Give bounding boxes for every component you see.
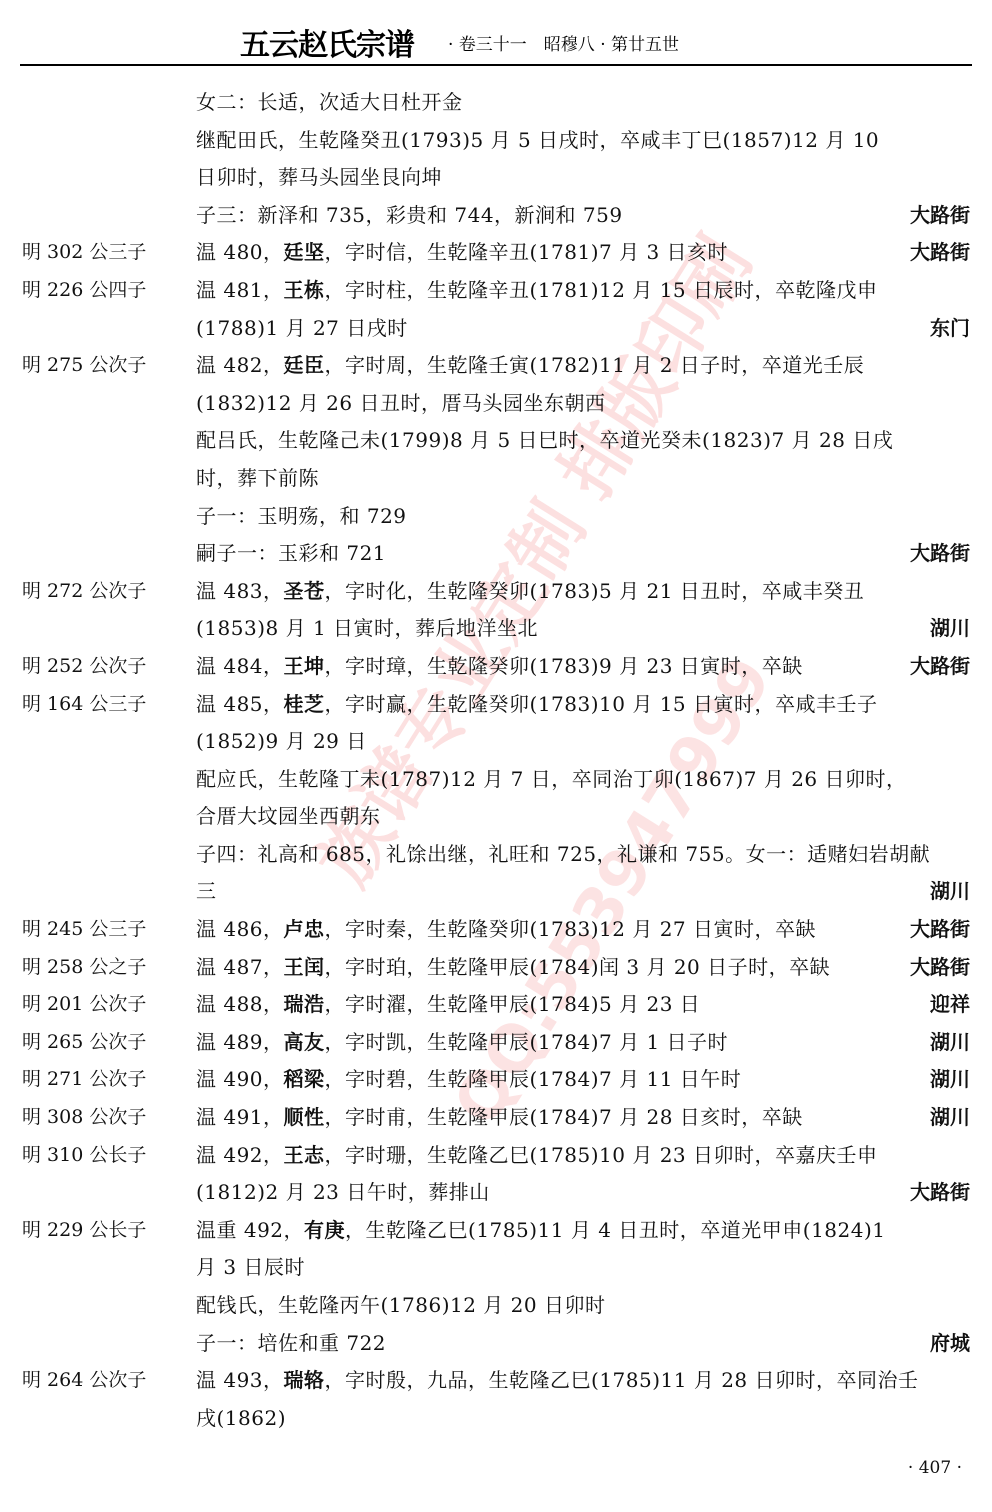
parent-reference: 明 302 公三子: [22, 234, 146, 272]
genealogy-line: 月 3 日辰时: [0, 1249, 992, 1287]
entry-details: 子三：新泽和 735，彩贵和 744，新涧和 759: [196, 203, 623, 227]
person-name: 王栋: [284, 278, 325, 302]
entry-details: ，字时珀，生乾隆甲辰(1784)闰 3 月 20 日子时，卒缺: [325, 955, 831, 979]
generation-number: 温 483，: [196, 579, 284, 603]
generation-number: 温 480，: [196, 240, 284, 264]
entry-details: 三: [196, 879, 217, 903]
parent-reference: 明 164 公三子: [22, 686, 146, 724]
genealogy-line: (1853)8 月 1 日寅时，葬后地洋坐北湖川: [0, 610, 992, 648]
entry-text: 日卯时，葬马头园坐艮向坤: [196, 159, 442, 197]
residence-place: 湖川: [930, 1099, 970, 1137]
parent-reference: 明 229 公长子: [22, 1212, 146, 1250]
entry-details: 配应氏，生乾隆丁未(1787)12 月 7 日，卒同治丁卯(1867)7 月 2…: [196, 767, 907, 791]
entry-text: 温 488，瑞浩，字时濯，生乾隆甲辰(1784)5 月 23 日: [196, 986, 700, 1024]
entry-text: 温 486，卢忠，字时秦，生乾隆癸卯(1783)12 月 27 日寅时，卒缺: [196, 911, 816, 949]
genealogy-line: 明 272 公次子温 483，圣苍，字时化，生乾隆癸卯(1783)5 月 21 …: [0, 573, 992, 611]
entry-text: 子四：礼高和 685，礼馀出继，礼旺和 725，礼谦和 755。女一：适赌妇岩胡…: [196, 836, 930, 874]
entry-details: 子四：礼高和 685，礼馀出继，礼旺和 725，礼谦和 755。女一：适赌妇岩胡…: [196, 842, 930, 866]
entry-text: 配钱氏，生乾隆丙午(1786)12 月 20 日卯时: [196, 1287, 605, 1325]
person-name: 桂芝: [284, 692, 325, 716]
genealogy-line: 配吕氏，生乾隆己未(1799)8 月 5 日巳时，卒道光癸未(1823)7 月 …: [0, 422, 992, 460]
parent-reference: 明 245 公三子: [22, 911, 146, 949]
residence-place: 迎祥: [930, 986, 970, 1024]
genealogy-line: 明 258 公之子温 487，王闰，字时珀，生乾隆甲辰(1784)闰 3 月 2…: [0, 949, 992, 987]
header-divider: [20, 64, 972, 66]
entry-text: 温 492，王志，字时珊，生乾隆乙巳(1785)10 月 23 日卯时，卒嘉庆壬…: [196, 1137, 878, 1175]
genealogy-line: (1788)1 月 27 日戌时东门: [0, 310, 992, 348]
parent-reference: 明 310 公长子: [22, 1137, 146, 1175]
genealogy-line: 明 201 公次子温 488，瑞浩，字时濯，生乾隆甲辰(1784)5 月 23 …: [0, 986, 992, 1024]
parent-reference: 明 265 公次子: [22, 1024, 146, 1062]
generation-number: 温 486，: [196, 917, 284, 941]
entry-text: (1788)1 月 27 日戌时: [196, 310, 408, 348]
entry-text: (1853)8 月 1 日寅时，葬后地洋坐北: [196, 610, 538, 648]
entry-details: ，字时碧，生乾隆甲辰(1784)7 月 11 日午时: [325, 1067, 742, 1091]
entry-details: ，字时化，生乾隆癸卯(1783)5 月 21 日丑时，卒咸丰癸丑: [325, 579, 865, 603]
entry-details: 月 3 日辰时: [196, 1255, 305, 1279]
parent-reference: 明 275 公次子: [22, 347, 146, 385]
entry-details: ，字时甫，生乾隆甲辰(1784)7 月 28 日亥时，卒缺: [325, 1105, 803, 1129]
residence-place: 大路街: [910, 535, 970, 573]
genealogy-line: 明 164 公三子温 485，桂芝，字时赢，生乾隆癸卯(1783)10 月 15…: [0, 686, 992, 724]
entry-details: 时，葬下前陈: [196, 466, 319, 490]
entry-details: 配钱氏，生乾隆丙午(1786)12 月 20 日卯时: [196, 1293, 605, 1317]
entry-details: ，字时赢，生乾隆癸卯(1783)10 月 15 日寅时，卒咸丰壬子: [325, 692, 878, 716]
entry-details: 子一：玉明殇，和 729: [196, 504, 407, 528]
parent-reference: 明 252 公次子: [22, 648, 146, 686]
residence-place: 大路街: [910, 648, 970, 686]
genealogy-entries: 女二：长适，次适大日杜开金继配田氏，生乾隆癸丑(1793)5 月 5 日戌时，卒…: [0, 84, 992, 1437]
generation-number: 温 492，: [196, 1143, 284, 1167]
generation-number: 温 485，: [196, 692, 284, 716]
generation-number: 温 487，: [196, 955, 284, 979]
residence-place: 湖川: [930, 1024, 970, 1062]
entry-text: 温 487，王闰，字时珀，生乾隆甲辰(1784)闰 3 月 20 日子时，卒缺: [196, 949, 830, 987]
genealogy-line: 明 302 公三子温 480，廷坚，字时信，生乾隆辛丑(1781)7 月 3 日…: [0, 234, 992, 272]
person-name: 圣苍: [284, 579, 325, 603]
person-name: 高友: [284, 1030, 325, 1054]
person-name: 顺性: [284, 1105, 325, 1129]
genealogy-line: (1832)12 月 26 日丑时，厝马头园坐东朝西: [0, 385, 992, 423]
genealogy-line: 明 308 公次子温 491，顺性，字时甫，生乾隆甲辰(1784)7 月 28 …: [0, 1099, 992, 1137]
person-name: 廷坚: [284, 240, 325, 264]
entry-text: 时，葬下前陈: [196, 460, 319, 498]
parent-reference: 明 226 公四子: [22, 272, 146, 310]
person-name: 瑞辂: [284, 1368, 325, 1392]
generation-number: 温 484，: [196, 654, 284, 678]
residence-place: 湖川: [930, 1061, 970, 1099]
entry-text: 配吕氏，生乾隆己未(1799)8 月 5 日巳时，卒道光癸未(1823)7 月 …: [196, 422, 893, 460]
genealogy-line: 继配田氏，生乾隆癸丑(1793)5 月 5 日戌时，卒咸丰丁巳(1857)12 …: [0, 122, 992, 160]
parent-reference: 明 201 公次子: [22, 986, 146, 1024]
entry-text: 温 482，廷臣，字时周，生乾隆壬寅(1782)11 月 2 日子时，卒道光壬辰: [196, 347, 864, 385]
genealogy-line: 明 265 公次子温 489，高友，字时凯，生乾隆甲辰(1784)7 月 1 日…: [0, 1024, 992, 1062]
genealogy-line: 配钱氏，生乾隆丙午(1786)12 月 20 日卯时: [0, 1287, 992, 1325]
parent-reference: 明 308 公次子: [22, 1099, 146, 1137]
genealogy-line: 明 226 公四子温 481，王栋，字时柱，生乾隆辛丑(1781)12 月 15…: [0, 272, 992, 310]
entry-text: 配应氏，生乾隆丁未(1787)12 月 7 日，卒同治丁卯(1867)7 月 2…: [196, 761, 907, 799]
residence-place: 东门: [930, 310, 970, 348]
entry-details: ，字时信，生乾隆辛丑(1781)7 月 3 日亥时: [325, 240, 729, 264]
entry-text: 女二：长适，次适大日杜开金: [196, 84, 463, 122]
entry-details: 戌(1862): [196, 1406, 286, 1430]
entry-text: 温 480，廷坚，字时信，生乾隆辛丑(1781)7 月 3 日亥时: [196, 234, 728, 272]
page-number: · 407 ·: [908, 1458, 962, 1478]
entry-details: ，字时殷，九品，生乾隆乙巳(1785)11 月 28 日卯时，卒同治壬: [325, 1368, 919, 1392]
generation-number: 温 493，: [196, 1368, 284, 1392]
entry-details: 日卯时，葬马头园坐艮向坤: [196, 165, 442, 189]
residence-place: 大路街: [910, 949, 970, 987]
genealogy-line: 女二：长适，次适大日杜开金: [0, 84, 992, 122]
residence-place: 大路街: [910, 911, 970, 949]
genealogy-line: 时，葬下前陈: [0, 460, 992, 498]
entry-text: 温 483，圣苍，字时化，生乾隆癸卯(1783)5 月 21 日丑时，卒咸丰癸丑: [196, 573, 864, 611]
entry-details: 配吕氏，生乾隆己未(1799)8 月 5 日巳时，卒道光癸未(1823)7 月 …: [196, 428, 893, 452]
entry-details: 女二：长适，次适大日杜开金: [196, 90, 463, 114]
entry-details: (1832)12 月 26 日丑时，厝马头园坐东朝西: [196, 391, 605, 415]
entry-text: 月 3 日辰时: [196, 1249, 305, 1287]
entry-details: ，字时秦，生乾隆癸卯(1783)12 月 27 日寅时，卒缺: [325, 917, 816, 941]
generation-number: 温 488，: [196, 992, 284, 1016]
genealogy-line: 子三：新泽和 735，彩贵和 744，新涧和 759大路街: [0, 197, 992, 235]
parent-reference: 明 272 公次子: [22, 573, 146, 611]
entry-details: (1853)8 月 1 日寅时，葬后地洋坐北: [196, 616, 538, 640]
genealogy-line: 嗣子一：玉彩和 721大路街: [0, 535, 992, 573]
entry-text: (1852)9 月 29 日: [196, 723, 367, 761]
person-name: 廷臣: [284, 353, 325, 377]
person-name: 卢忠: [284, 917, 325, 941]
parent-reference: 明 264 公次子: [22, 1362, 146, 1400]
genealogy-line: 日卯时，葬马头园坐艮向坤: [0, 159, 992, 197]
entry-text: (1832)12 月 26 日丑时，厝马头园坐东朝西: [196, 385, 605, 423]
page-header: 五云赵氏宗谱 · 卷三十一 昭穆八 · 第廿五世: [0, 0, 992, 64]
entry-text: 子一：培佐和重 722: [196, 1325, 386, 1363]
genealogy-line: 配应氏，生乾隆丁未(1787)12 月 7 日，卒同治丁卯(1867)7 月 2…: [0, 761, 992, 799]
entry-text: 温重 492，有庚，生乾隆乙巳(1785)11 月 4 日丑时，卒道光甲申(18…: [196, 1212, 886, 1250]
entry-text: (1812)2 月 23 日午时，葬排山: [196, 1174, 490, 1212]
entry-details: 合厝大坟园坐西朝东: [196, 804, 381, 828]
entry-text: 嗣子一：玉彩和 721: [196, 535, 386, 573]
genealogy-line: 明 310 公长子温 492，王志，字时珊，生乾隆乙巳(1785)10 月 23…: [0, 1137, 992, 1175]
entry-details: ，字时柱，生乾隆辛丑(1781)12 月 15 日辰时，卒乾隆戊申: [325, 278, 878, 302]
residence-place: 府城: [930, 1325, 970, 1363]
person-name: 王坤: [284, 654, 325, 678]
genealogy-line: 明 264 公次子温 493，瑞辂，字时殷，九品，生乾隆乙巳(1785)11 月…: [0, 1362, 992, 1400]
entry-text: 温 481，王栋，字时柱，生乾隆辛丑(1781)12 月 15 日辰时，卒乾隆戊…: [196, 272, 878, 310]
genealogy-line: 明 252 公次子温 484，王坤，字时璋，生乾隆癸卯(1783)9 月 23 …: [0, 648, 992, 686]
genealogy-line: 子一：玉明殇，和 729: [0, 498, 992, 536]
entry-text: 温 491，顺性，字时甫，生乾隆甲辰(1784)7 月 28 日亥时，卒缺: [196, 1099, 803, 1137]
entry-details: ，字时璋，生乾隆癸卯(1783)9 月 23 日寅时，卒缺: [325, 654, 803, 678]
person-name: 王闰: [284, 955, 325, 979]
entry-details: (1788)1 月 27 日戌时: [196, 316, 408, 340]
genealogy-line: (1812)2 月 23 日午时，葬排山大路街: [0, 1174, 992, 1212]
generation-number: 温 481，: [196, 278, 284, 302]
genealogy-line: 明 245 公三子温 486，卢忠，字时秦，生乾隆癸卯(1783)12 月 27…: [0, 911, 992, 949]
entry-details: (1852)9 月 29 日: [196, 729, 367, 753]
genealogy-line: 合厝大坟园坐西朝东: [0, 798, 992, 836]
generation-number: 温 482，: [196, 353, 284, 377]
genealogy-line: 三湖川: [0, 873, 992, 911]
entry-details: ，字时珊，生乾隆乙巳(1785)10 月 23 日卯时，卒嘉庆壬申: [325, 1143, 878, 1167]
entry-text: 合厝大坟园坐西朝东: [196, 798, 381, 836]
genealogy-line: 明 271 公次子温 490，稻梁，字时碧，生乾隆甲辰(1784)7 月 11 …: [0, 1061, 992, 1099]
entry-text: 子三：新泽和 735，彩贵和 744，新涧和 759: [196, 197, 623, 235]
entry-text: 三: [196, 873, 217, 911]
volume-subtitle: · 卷三十一 昭穆八 · 第廿五世: [448, 30, 679, 55]
residence-place: 大路街: [910, 234, 970, 272]
entry-details: (1812)2 月 23 日午时，葬排山: [196, 1180, 490, 1204]
residence-place: 大路街: [910, 197, 970, 235]
residence-place: 湖川: [930, 873, 970, 911]
generation-number: 温 490，: [196, 1067, 284, 1091]
person-name: 瑞浩: [284, 992, 325, 1016]
entry-details: ，字时凯，生乾隆甲辰(1784)7 月 1 日子时: [325, 1030, 729, 1054]
generation-number: 温 489，: [196, 1030, 284, 1054]
entry-details: ，字时濯，生乾隆甲辰(1784)5 月 23 日: [325, 992, 701, 1016]
book-title: 五云赵氏宗谱: [240, 20, 414, 64]
entry-text: 温 489，高友，字时凯，生乾隆甲辰(1784)7 月 1 日子时: [196, 1024, 728, 1062]
generation-number: 温重 492，: [196, 1218, 304, 1242]
entry-text: 温 484，王坤，字时璋，生乾隆癸卯(1783)9 月 23 日寅时，卒缺: [196, 648, 803, 686]
person-name: 王志: [284, 1143, 325, 1167]
genealogy-line: 明 229 公长子温重 492，有庚，生乾隆乙巳(1785)11 月 4 日丑时…: [0, 1212, 992, 1250]
genealogy-line: 明 275 公次子温 482，廷臣，字时周，生乾隆壬寅(1782)11 月 2 …: [0, 347, 992, 385]
entry-text: 温 490，稻梁，字时碧，生乾隆甲辰(1784)7 月 11 日午时: [196, 1061, 741, 1099]
entry-text: 子一：玉明殇，和 729: [196, 498, 407, 536]
entry-text: 戌(1862): [196, 1400, 286, 1438]
entry-text: 温 493，瑞辂，字时殷，九品，生乾隆乙巳(1785)11 月 28 日卯时，卒…: [196, 1362, 919, 1400]
genealogy-line: 子一：培佐和重 722府城: [0, 1325, 992, 1363]
parent-reference: 明 271 公次子: [22, 1061, 146, 1099]
genealogy-line: (1852)9 月 29 日: [0, 723, 992, 761]
residence-place: 大路街: [910, 1174, 970, 1212]
generation-number: 温 491，: [196, 1105, 284, 1129]
entry-details: ，生乾隆乙巳(1785)11 月 4 日丑时，卒道光甲申(1824)1: [345, 1218, 885, 1242]
entry-text: 温 485，桂芝，字时赢，生乾隆癸卯(1783)10 月 15 日寅时，卒咸丰壬…: [196, 686, 878, 724]
person-name: 稻梁: [284, 1067, 325, 1091]
parent-reference: 明 258 公之子: [22, 949, 146, 987]
entry-text: 继配田氏，生乾隆癸丑(1793)5 月 5 日戌时，卒咸丰丁巳(1857)12 …: [196, 122, 879, 160]
person-name: 有庚: [304, 1218, 345, 1242]
genealogy-line: 戌(1862): [0, 1400, 992, 1438]
entry-details: ，字时周，生乾隆壬寅(1782)11 月 2 日子时，卒道光壬辰: [325, 353, 865, 377]
genealogy-line: 子四：礼高和 685，礼馀出继，礼旺和 725，礼谦和 755。女一：适赌妇岩胡…: [0, 836, 992, 874]
entry-details: 继配田氏，生乾隆癸丑(1793)5 月 5 日戌时，卒咸丰丁巳(1857)12 …: [196, 128, 879, 152]
residence-place: 湖川: [930, 610, 970, 648]
entry-details: 嗣子一：玉彩和 721: [196, 541, 386, 565]
entry-details: 子一：培佐和重 722: [196, 1331, 386, 1355]
